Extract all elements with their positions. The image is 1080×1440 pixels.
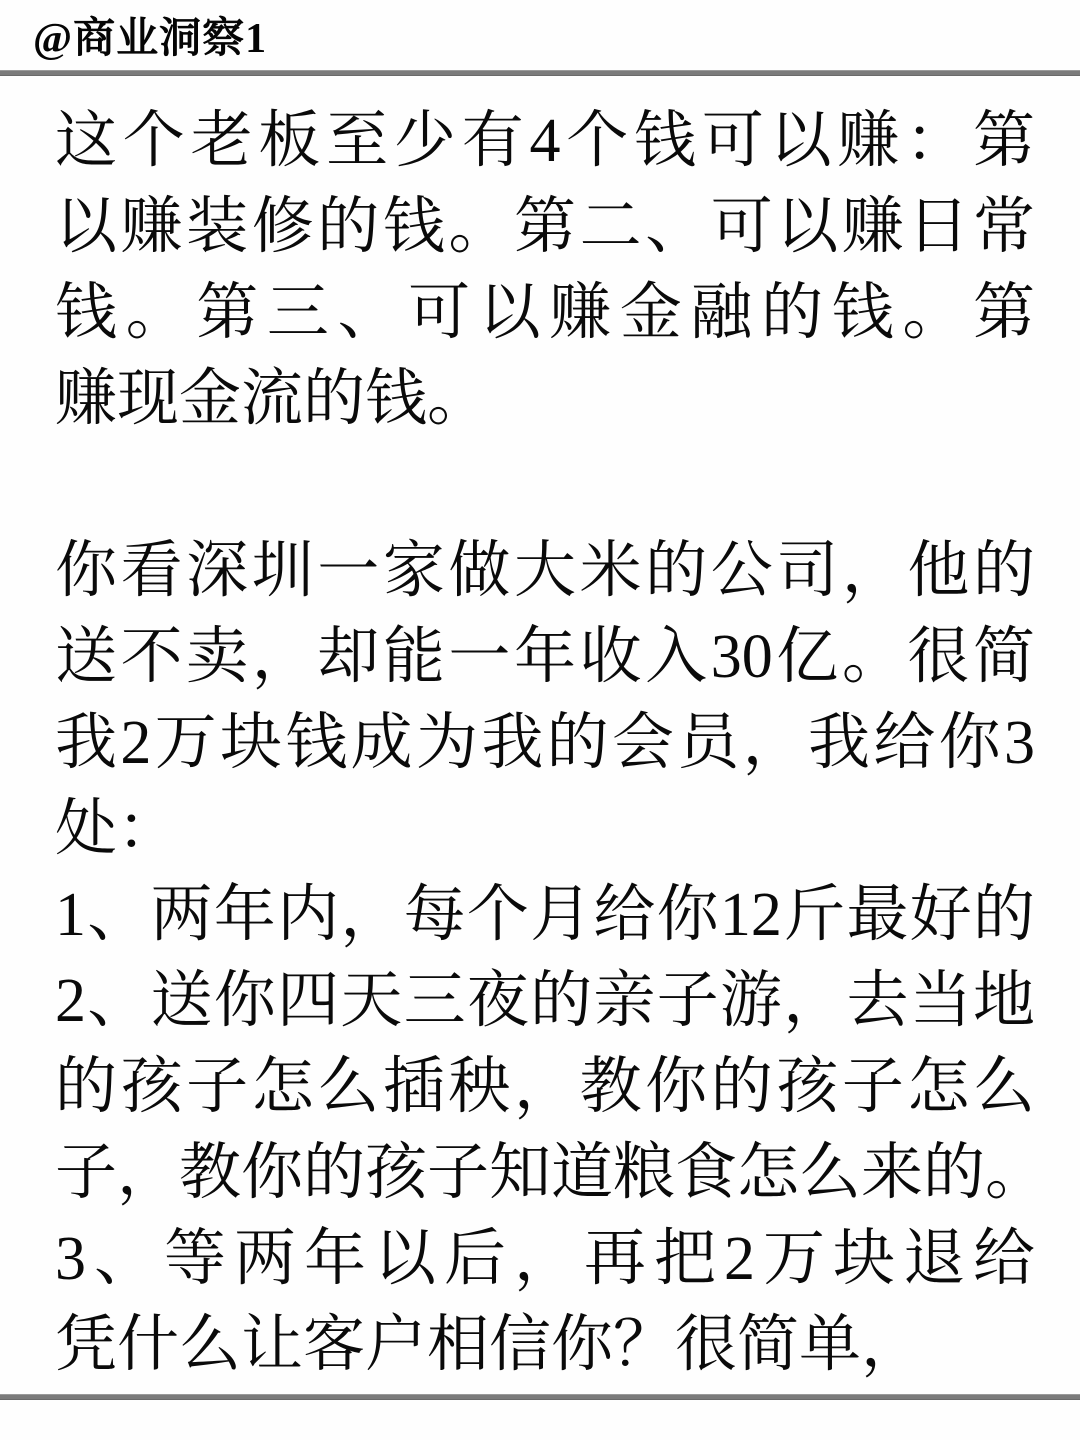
text-line: 你看深圳一家做大米的公司，他的大米只: [55, 528, 1035, 614]
text-line: 1、两年内，每个月给你12斤最好的大米: [55, 872, 1035, 958]
post-header: @商业洞察1: [0, 0, 1080, 70]
bottom-divider: [0, 1394, 1080, 1400]
text-line: 我2万块钱成为我的会员，我给你3个好: [55, 700, 1035, 786]
text-line: 以赚装修的钱。第二、可以赚日常消费的: [55, 184, 1035, 270]
text-line: 3、等两年以后，再把2万块退给你。但是: [55, 1216, 1035, 1302]
list-item-3: 3、等两年以后，再把2万块退给你。但是 凭什么让客户相信你？很简单，: [55, 1216, 1035, 1388]
text-line: 钱。第三、可以赚金融的钱。第四、可以: [55, 270, 1035, 356]
paragraph-2: 你看深圳一家做大米的公司，他的大米只 送不卖，却能一年收入30亿。很简单，交 我…: [55, 528, 1035, 872]
paragraph-1: 这个老板至少有4个钱可以赚：第一、可 以赚装修的钱。第二、可以赚日常消费的 钱。…: [55, 98, 1035, 442]
post-page: @商业洞察1 这个老板至少有4个钱可以赚：第一、可 以赚装修的钱。第二、可以赚日…: [0, 0, 1080, 1440]
text-line: 的孩子怎么插秧，教你的孩子怎么打谷: [55, 1044, 1035, 1130]
text-line: 这个老板至少有4个钱可以赚：第一、可: [55, 98, 1035, 184]
text-line: 子，教你的孩子知道粮食怎么来的。: [55, 1130, 1035, 1216]
list-item-1: 1、两年内，每个月给你12斤最好的大米: [55, 872, 1035, 958]
article-body: 这个老板至少有4个钱可以赚：第一、可 以赚装修的钱。第二、可以赚日常消费的 钱。…: [0, 76, 1080, 1388]
text-line: 处：: [55, 786, 1035, 872]
account-handle: @商业洞察1: [33, 5, 267, 65]
text-line: 赚现金流的钱。: [55, 356, 1035, 442]
text-line: 送不卖，却能一年收入30亿。很简单，交: [55, 614, 1035, 700]
list-item-2: 2、送你四天三夜的亲子游，去当地教你 的孩子怎么插秧，教你的孩子怎么打谷 子，教…: [55, 958, 1035, 1216]
text-line: 2、送你四天三夜的亲子游，去当地教你: [55, 958, 1035, 1044]
text-line: 凭什么让客户相信你？很简单，: [55, 1302, 1035, 1388]
